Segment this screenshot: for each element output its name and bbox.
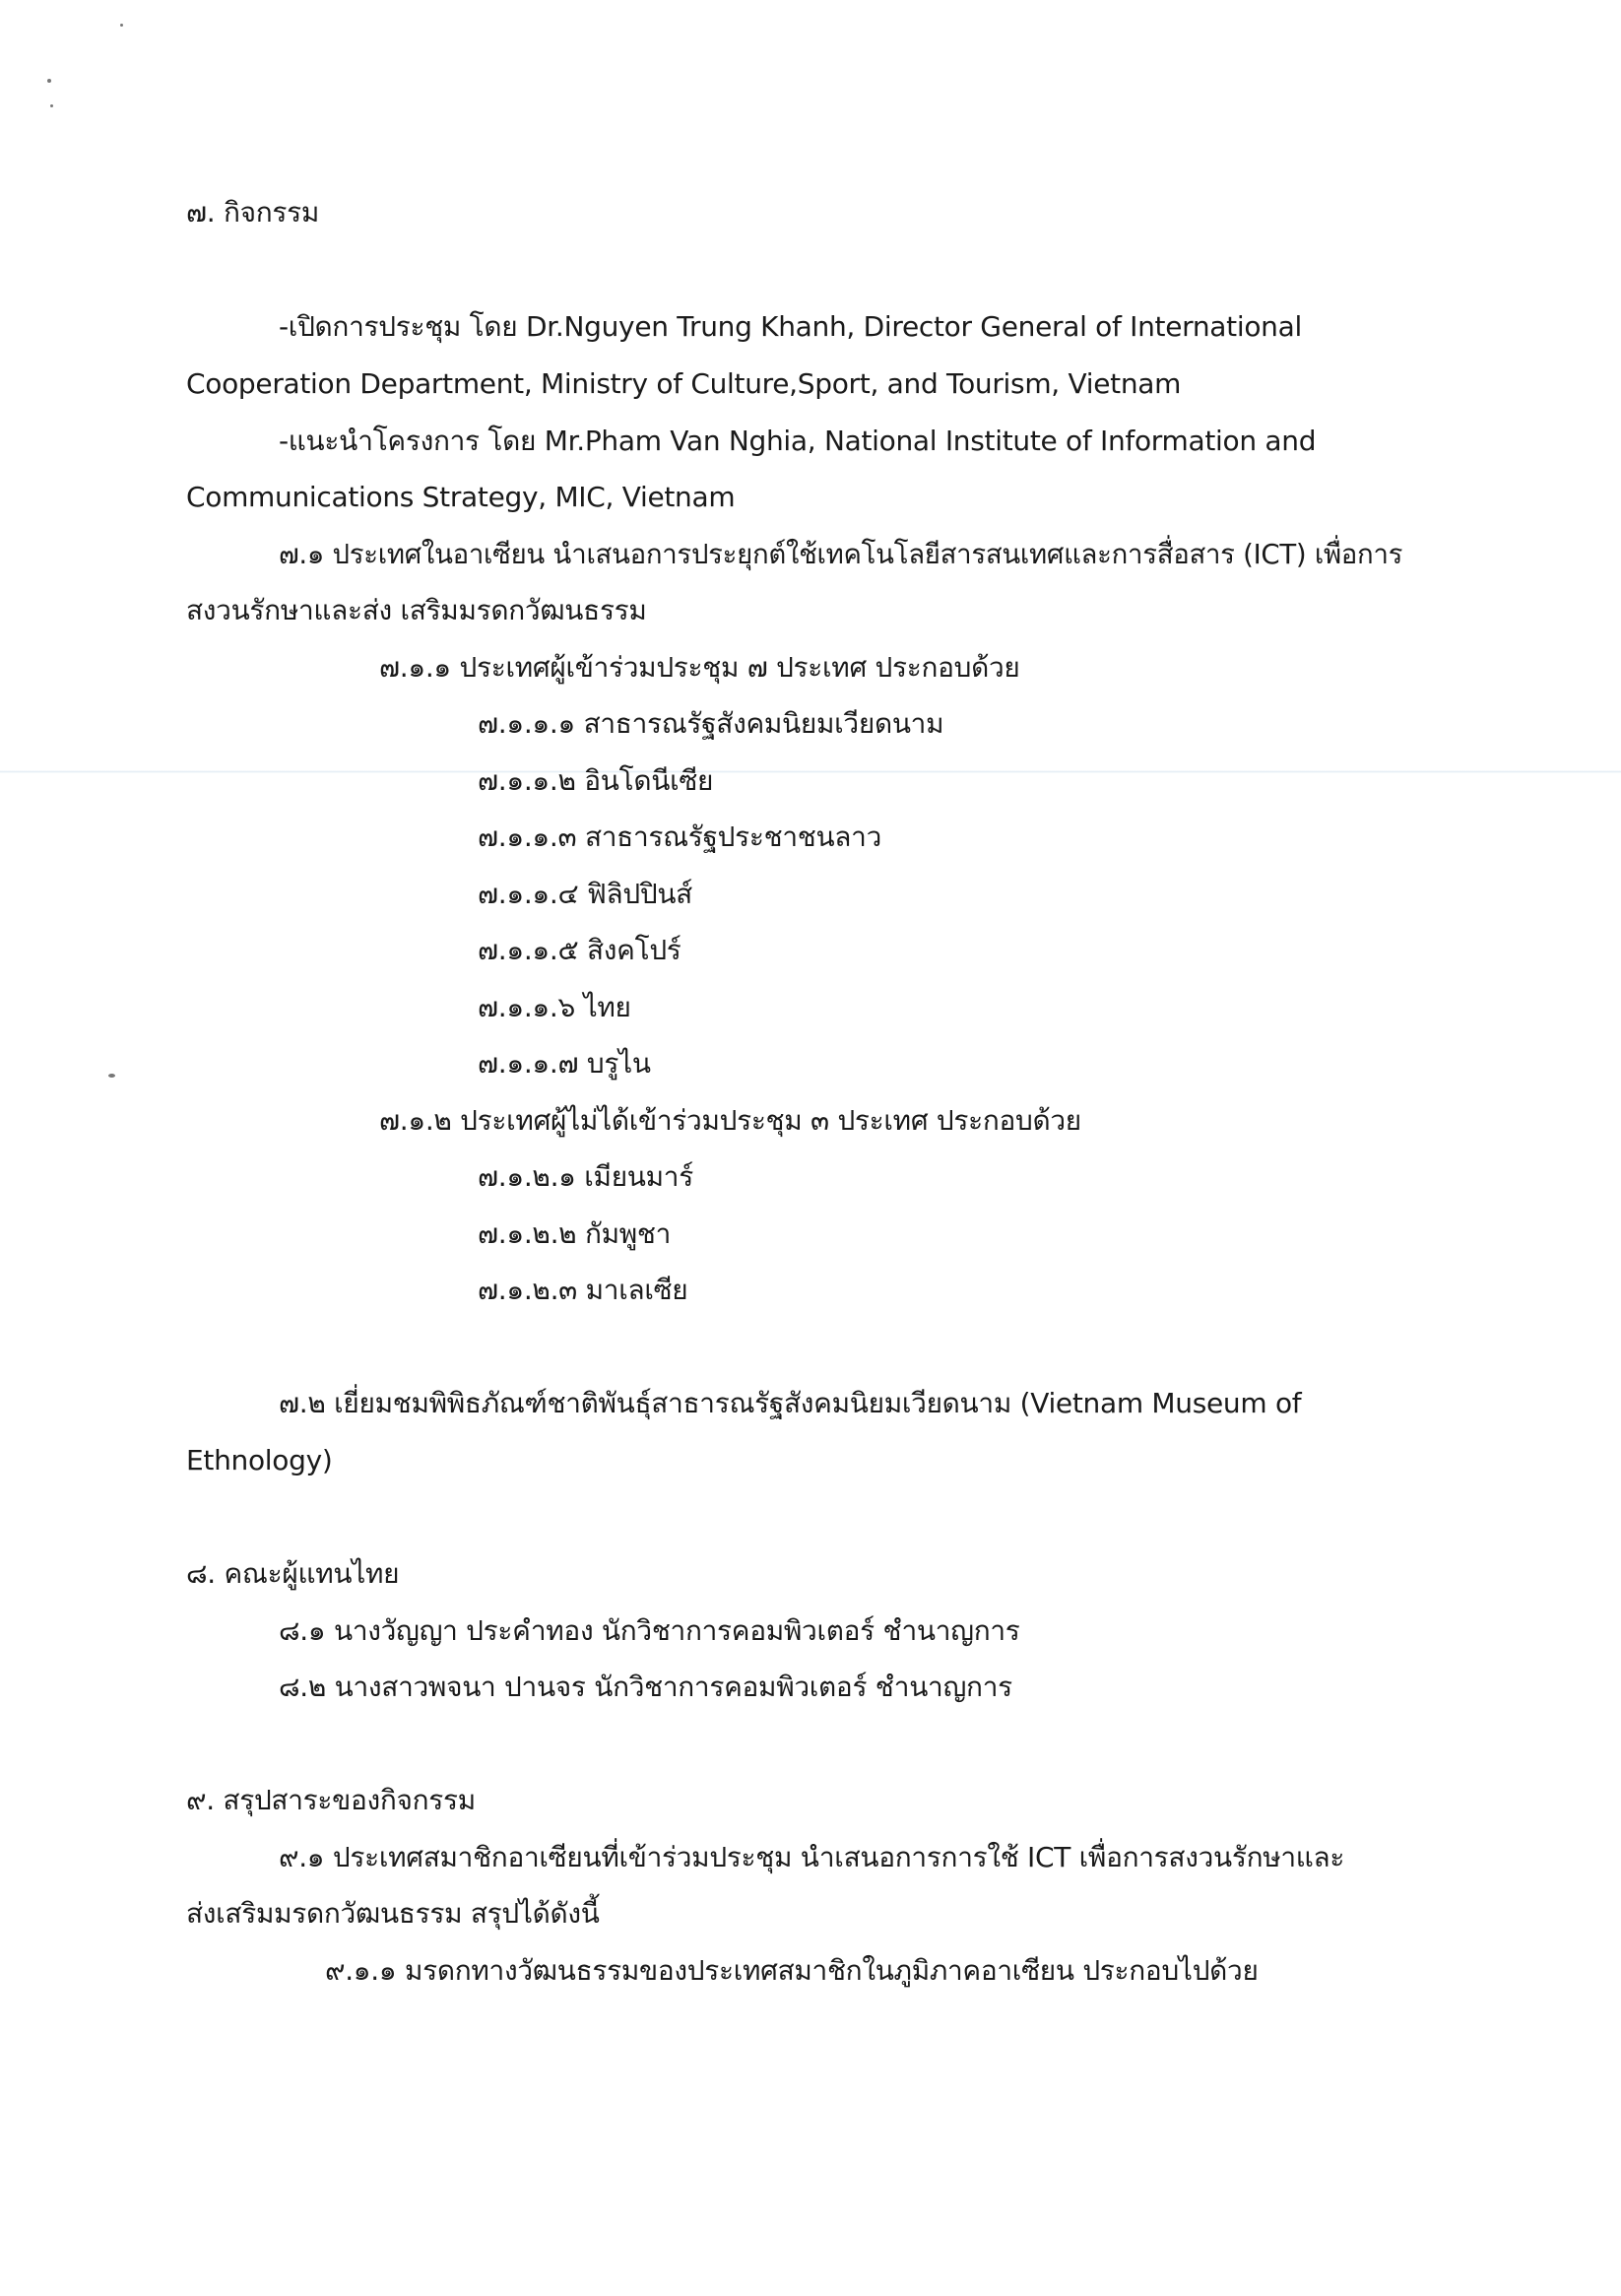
delegate: ๘.๑ นางวัญญา ประคำทอง นักวิชาการคอมพิวเต… xyxy=(279,1611,1020,1651)
attending-country: ๗.๑.๑.๗ บรูไน xyxy=(478,1044,651,1083)
attending-country: ๗.๑.๑.๓ สาธารณรัฐประชาชนลาว xyxy=(478,818,881,857)
attending-country: ๗.๑.๑.๖ ไทย xyxy=(478,988,631,1027)
scan-speck xyxy=(47,79,51,83)
intro-line-1: -แนะนำโครงการ โดย Mr.Pham Van Nghia, Nat… xyxy=(279,422,1316,461)
attending-country: ๗.๑.๑.๑ สาธารณรัฐสังคมนิยมเวียดนาม xyxy=(478,704,943,744)
opening-line-1: -เปิดการประชุม โดย Dr.Nguyen Trung Khanh… xyxy=(279,307,1302,347)
item-7-1-line-2: สงวนรักษาและส่ง เสริมมรดกวัฒนธรรม xyxy=(186,591,647,630)
absent-country: ๗.๑.๒.๓ มาเลเซีย xyxy=(478,1271,687,1310)
absent-country: ๗.๑.๒.๒ กัมพูชา xyxy=(478,1214,671,1254)
attending-country: ๗.๑.๑.๕ สิงคโปร์ xyxy=(478,931,681,970)
item-7-1-line-1: ๗.๑ ประเทศในอาเซียน นำเสนอการประยุกต์ใช้… xyxy=(279,535,1402,574)
scan-speck xyxy=(50,104,53,107)
intro-line-2: Communications Strategy, MIC, Vietnam xyxy=(186,478,735,517)
item-9-1-line-2: ส่งเสริมมรดกวัฒนธรรม สรุปได้ดังนี้ xyxy=(186,1894,600,1934)
section-9-heading: ๙. สรุปสาระของกิจกรรม xyxy=(186,1781,476,1820)
section-8-heading: ๘. คณะผู้แทนไทย xyxy=(186,1554,399,1594)
scan-line-artifact xyxy=(0,770,1621,773)
delegate: ๘.๒ นางสาวพจนา ปานจร นักวิชาการคอมพิวเตอ… xyxy=(279,1668,1012,1707)
absent-heading: ๗.๑.๒ ประเทศผู้ไม่ได้เข้าร่วมประชุม ๓ ปร… xyxy=(379,1101,1081,1141)
absent-country: ๗.๑.๒.๑ เมียนมาร์ xyxy=(478,1157,693,1197)
section-7-heading: ๗. กิจกรรม xyxy=(186,193,319,232)
scan-speck xyxy=(108,1074,115,1078)
attending-heading: ๗.๑.๑ ประเทศผู้เข้าร่วมประชุม ๗ ประเทศ ป… xyxy=(379,648,1020,688)
item-7-2-line-1: ๗.๒ เยี่ยมชมพิพิธภัณฑ์ชาติพันธุ์สาธารณรั… xyxy=(279,1384,1301,1423)
attending-country: ๗.๑.๑.๒ อินโดนีเซีย xyxy=(478,761,713,801)
opening-line-2: Cooperation Department, Ministry of Cult… xyxy=(186,364,1181,404)
item-7-2-line-2: Ethnology) xyxy=(186,1441,332,1480)
item-9-1-line-1: ๙.๑ ประเทศสมาชิกอาเซียนที่เข้าร่วมประชุม… xyxy=(279,1838,1344,1877)
scan-speck xyxy=(120,24,123,27)
attending-country: ๗.๑.๑.๔ ฟิลิปปินส์ xyxy=(478,875,692,914)
item-9-1-1: ๙.๑.๑ มรดกทางวัฒนธรรมของประเทศสมาชิกในภู… xyxy=(325,1951,1259,1991)
document-page: ๗. กิจกรรม -เปิดการประชุม โดย Dr.Nguyen … xyxy=(0,0,1621,2296)
